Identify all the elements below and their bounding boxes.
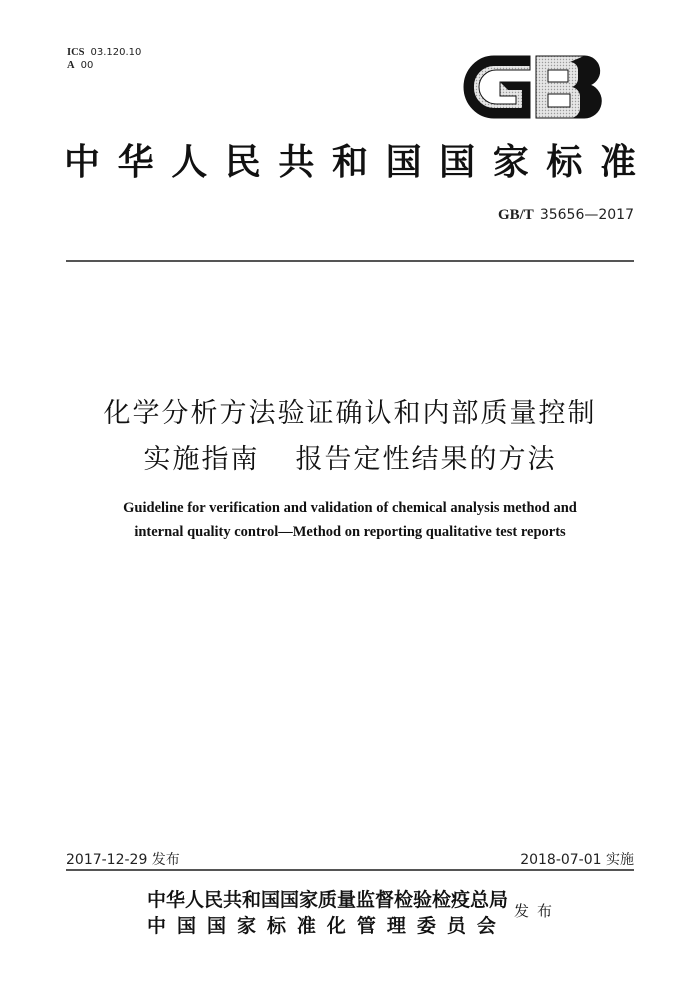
heading-char: 华 <box>118 140 154 184</box>
chinese-title-line1: 化学分析方法验证确认和内部质量控制 <box>0 391 700 430</box>
issuer-aqsiq: 中华人民共和国国家质量监督检验检疫总局 <box>147 885 508 912</box>
issuer-char: 国 <box>207 911 226 938</box>
national-standard-heading: 中 华 人 民 共 和 国 国 家 标 准 <box>64 140 636 184</box>
ics-line: ICS03.120.10 <box>67 46 141 59</box>
heading-char: 人 <box>171 140 207 184</box>
top-divider <box>66 260 634 262</box>
ccs-code: 00 <box>81 60 94 71</box>
ics-label: ICS <box>67 47 85 58</box>
bottom-divider <box>66 869 634 871</box>
issuer-char: 理 <box>387 911 406 938</box>
standard-number: GB/T35656—2017 <box>498 206 634 224</box>
english-title-line2: internal quality control—Method on repor… <box>0 520 700 544</box>
issue-action-label: 发布 <box>514 900 560 921</box>
heading-char: 民 <box>225 140 261 184</box>
heading-char: 国 <box>439 140 475 184</box>
publish-date: 2017-12-29 发布 <box>66 849 180 869</box>
classification-block: ICS03.120.10 A00 <box>67 46 141 72</box>
issuer-char: 员 <box>447 911 466 938</box>
issuer-char: 标 <box>267 911 286 938</box>
heading-char: 和 <box>332 140 368 184</box>
issuer-char: 中 <box>147 911 166 938</box>
heading-char: 国 <box>386 140 422 184</box>
implement-date: 2018-07-01 实施 <box>520 849 634 869</box>
chinese-title-part1: 实施指南 <box>144 444 260 475</box>
ics-code: 03.120.10 <box>91 47 142 58</box>
chinese-title-line2: 实施指南报告定性结果的方法 <box>0 437 700 476</box>
standard-prefix: GB/T <box>498 207 534 223</box>
issuer-char: 委 <box>417 911 436 938</box>
ccs-label: A <box>67 60 75 71</box>
heading-char: 共 <box>278 140 314 184</box>
chinese-title-part2: 报告定性结果的方法 <box>296 444 557 475</box>
issuer-char: 准 <box>297 911 316 938</box>
heading-char: 标 <box>546 140 582 184</box>
issuer-char: 会 <box>477 911 496 938</box>
issuer-char: 国 <box>177 911 196 938</box>
gb-logo-icon <box>460 52 610 122</box>
standard-code: 35656—2017 <box>540 207 634 223</box>
heading-char: 中 <box>64 140 100 184</box>
heading-char: 家 <box>493 140 529 184</box>
english-title-line1: Guideline for verification and validatio… <box>0 496 700 520</box>
heading-char: 准 <box>600 140 636 184</box>
issuer-char: 管 <box>357 911 376 938</box>
issuer-char: 化 <box>327 911 346 938</box>
issuer-char: 家 <box>237 911 256 938</box>
ccs-line: A00 <box>67 59 141 72</box>
issuer-sac: 中 国 国 家 标 准 化 管 理 委 员 会 <box>147 911 496 938</box>
